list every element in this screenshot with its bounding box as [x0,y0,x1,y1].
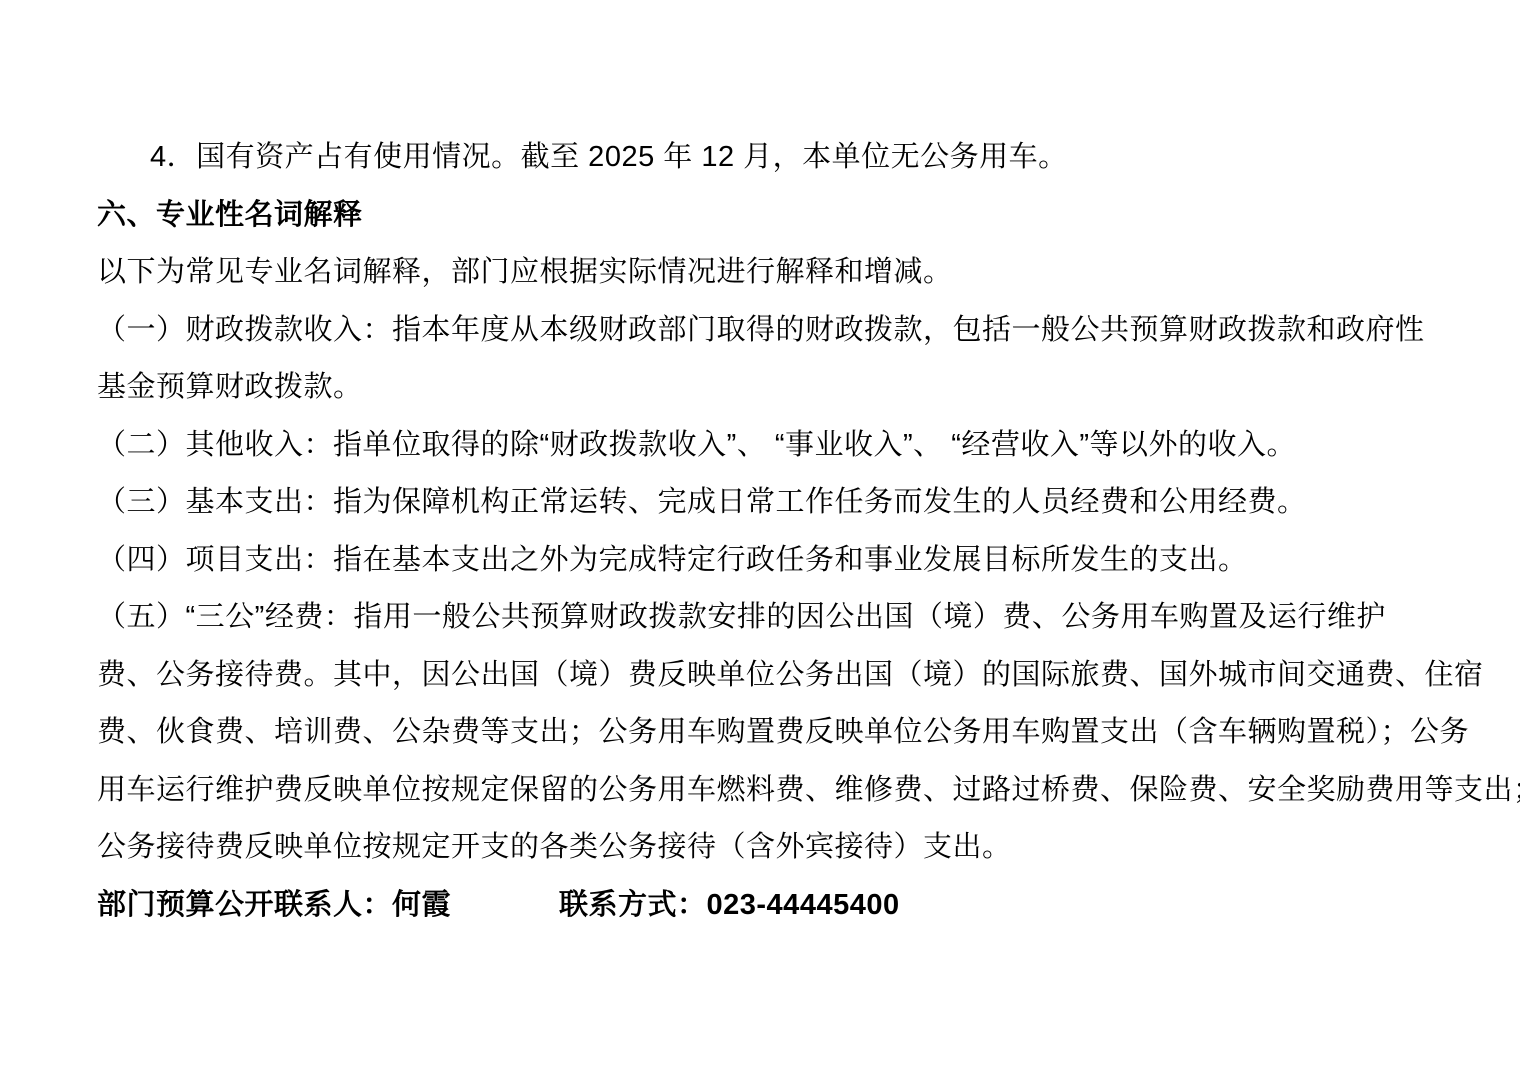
contact-info-line: 部门预算公开联系人：何霞联系方式：023-44445400 [97,877,1425,935]
para-term-5-three-public-funds-line-2: 费、公务接待费。其中，因公出国（境）费反映单位公务出国（境）的国际旅费、国外城市… [97,647,1425,705]
para-term-3-basic-expenditure: （三）基本支出：指为保障机构正常运转、完成日常工作任务而发生的人员经费和公用经费… [97,474,1425,532]
para-term-1-fiscal-appropriation-line-2: 基金预算财政拨款。 [97,359,1425,417]
para-term-5-three-public-funds-line-4: 用车运行维护费反映单位按规定保留的公务用车燃料费、维修费、过路过桥费、保险费、安… [97,762,1425,820]
document-page: 4．国有资产占有使用情况。截至 2025 年 12 月，本单位无公务用车。 六、… [0,0,1520,1074]
para-term-1-fiscal-appropriation-line-1: （一）财政拨款收入：指本年度从本级财政部门取得的财政拨款，包括一般公共预算财政拨… [97,302,1425,360]
para-term-5-three-public-funds-line-5: 公务接待费反映单位按规定开支的各类公务接待（含外宾接待）支出。 [97,819,1425,877]
para-term-4-project-expenditure: （四）项目支出：指在基本支出之外为完成特定行政任务和事业发展目标所发生的支出。 [97,532,1425,590]
para-state-asset-usage: 4．国有资产占有使用情况。截至 2025 年 12 月，本单位无公务用车。 [97,129,1425,187]
para-term-2-other-income: （二）其他收入：指单位取得的除“财政拨款收入”、 “事业收入”、 “经营收入”等… [97,417,1425,475]
para-terminology-intro: 以下为常见专业名词解释，部门应根据实际情况进行解释和增减。 [97,244,1425,302]
para-term-5-three-public-funds-line-1: （五）“三公”经费：指用一般公共预算财政拨款安排的因公出国（境）费、公务用车购置… [97,589,1425,647]
para-term-5-three-public-funds-line-3: 费、伙食费、培训费、公杂费等支出；公务用车购置费反映单位公务用车购置支出（含车辆… [97,704,1425,762]
section-heading-terminology: 六、专业性名词解释 [97,187,1425,245]
contact-method: 联系方式：023-44445400 [559,877,900,935]
contact-person: 部门预算公开联系人：何霞 [97,889,451,921]
